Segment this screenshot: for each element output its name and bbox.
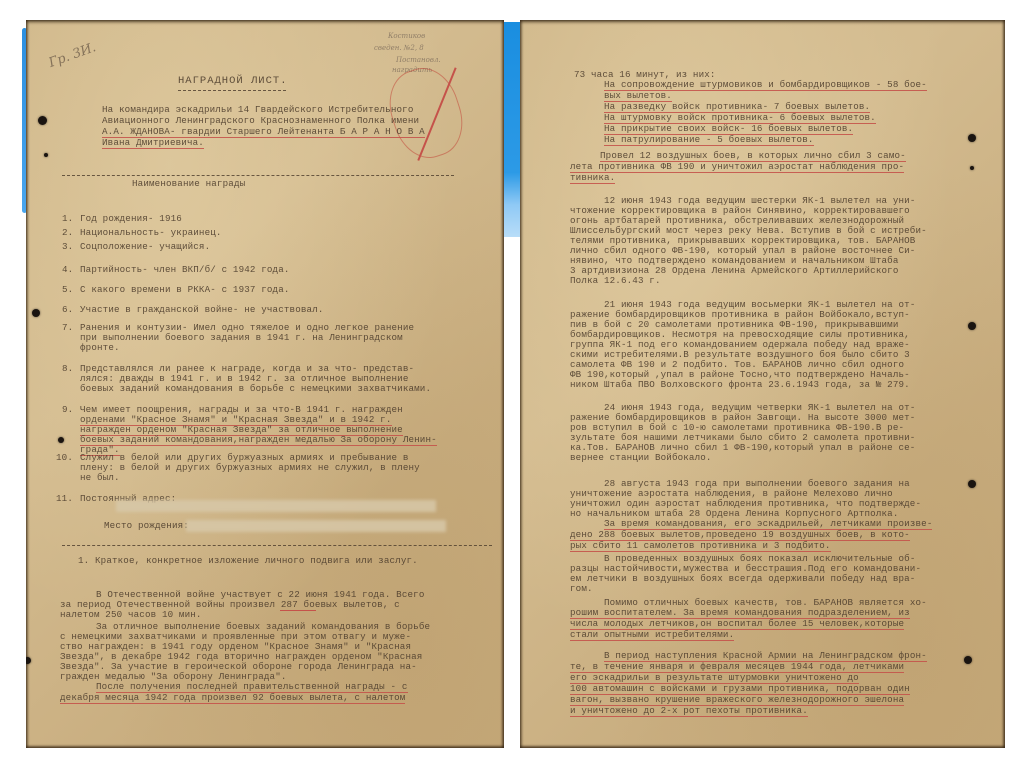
- redacted-address: [116, 500, 436, 512]
- courage-line: гом.: [570, 583, 593, 594]
- item-wounds-line: фронте.: [80, 342, 120, 353]
- intro-line-patronymic: Ивана Дмитриевича.: [102, 137, 204, 149]
- punch-hole: [970, 166, 974, 170]
- punch-hole: [26, 657, 31, 664]
- item-civil-war: Участие в гражданской войне- не участвов…: [80, 304, 324, 315]
- punch-hole: [32, 309, 40, 317]
- item-white-army-line: не был.: [80, 472, 120, 483]
- margin-note-left: Гр. 3И.: [47, 40, 98, 71]
- mentor-line: стали опытными истребителями.: [570, 629, 734, 641]
- squadron-results-line: рых сбито 11 самолетов противника и 3 по…: [570, 540, 831, 552]
- item-number: 4.: [62, 264, 80, 275]
- redacted-birthplace: [186, 520, 446, 532]
- item-white-army-line: плену: в белой и других буржуазных армия…: [80, 462, 420, 473]
- breakdown-line: На патрулирование - 5 боевых вылетов.: [604, 134, 814, 146]
- punch-hole: [968, 134, 976, 142]
- item-number: 10.: [56, 452, 80, 463]
- margin-note-right-1: Костиков: [388, 32, 425, 41]
- item-number: 2.: [62, 227, 80, 238]
- intro-line: На командира эскадрильи 14 Гвардейского …: [102, 104, 414, 115]
- margin-note-right-3: Постановл.: [396, 56, 441, 65]
- item-nationality: Национальность- украинец.: [80, 227, 222, 238]
- item-number: 11.: [56, 493, 80, 504]
- air-battles-line: тивника.: [570, 172, 615, 184]
- item-number: 1.: [62, 213, 80, 224]
- section-divider: [62, 545, 492, 546]
- item-birth-year: Год рождения- 1916: [80, 213, 182, 224]
- punch-hole: [58, 437, 64, 443]
- underline-287: [280, 610, 316, 611]
- award-sheet-page-2: 73 часа 16 минут, из них: На сопровожден…: [520, 20, 1005, 748]
- item-number: 7.: [62, 322, 80, 333]
- episode-21-june-line: ником Штаба ПВО Волховского фронта 23.6.…: [570, 379, 910, 390]
- item-number: 5.: [62, 284, 80, 295]
- section-title: 1. Краткое, конкретное изложение личного…: [78, 555, 418, 566]
- punch-hole: [968, 322, 976, 330]
- item-social-status: Соцположение- учащийся.: [80, 241, 210, 252]
- document-title: НАГРАДНОЙ ЛИСТ.: [178, 76, 288, 87]
- item-number: 9.: [62, 404, 80, 415]
- punch-hole: [964, 656, 972, 664]
- intro-line: Авиационного Ленинградского Краснознамен…: [102, 115, 419, 126]
- episode-24-june-line: вернее станции Войбокало.: [570, 452, 712, 463]
- item-army-service: С какого времени в РККА- с 1937 года.: [80, 284, 290, 295]
- birthplace-label: Место рождения:: [104, 520, 189, 531]
- item-party: Партийность- член ВКП/б/ с 1942 года.: [80, 264, 290, 275]
- item-number: 8.: [62, 363, 80, 374]
- item-awards-line: боевых заданий командования,награжден ме…: [80, 434, 437, 446]
- award-name-label: Наименование награды: [132, 178, 245, 189]
- narrative-line: декабря месяца 1942 года произвел 92 бое…: [60, 692, 405, 704]
- punch-hole: [968, 480, 976, 488]
- award-sheet-page-1: Гр. 3И. Костиков сведен. №2, 8 Постановл…: [26, 20, 504, 748]
- margin-note-right-2: сведен. №2, 8: [374, 44, 424, 53]
- punch-hole: [44, 153, 48, 157]
- item-wounds-line: при выполнении боевого задания в 1941 г.…: [80, 332, 403, 343]
- item-previous-nomination-line: боевых заданий командования в борьбе с н…: [80, 383, 431, 394]
- slide-accent-bar-center: [503, 22, 520, 237]
- narrative-line: налетом 250 часов 10 мин.: [60, 609, 202, 620]
- punch-hole: [38, 116, 47, 125]
- air-battles-line: лета противника ФВ 190 и уничтожил аэрос…: [570, 161, 904, 173]
- offensive-1944-line: и уничтожено до 2-х рот пехоты противник…: [570, 705, 808, 717]
- item-number: 6.: [62, 304, 80, 315]
- award-divider: [62, 175, 454, 176]
- title-underline: [178, 90, 286, 91]
- item-number: 3.: [62, 241, 80, 252]
- courage-line: ем летчики в воздушных боях всегда одерж…: [570, 573, 915, 584]
- episode-12-june-line: Полка 12.6.43 г.: [570, 275, 661, 286]
